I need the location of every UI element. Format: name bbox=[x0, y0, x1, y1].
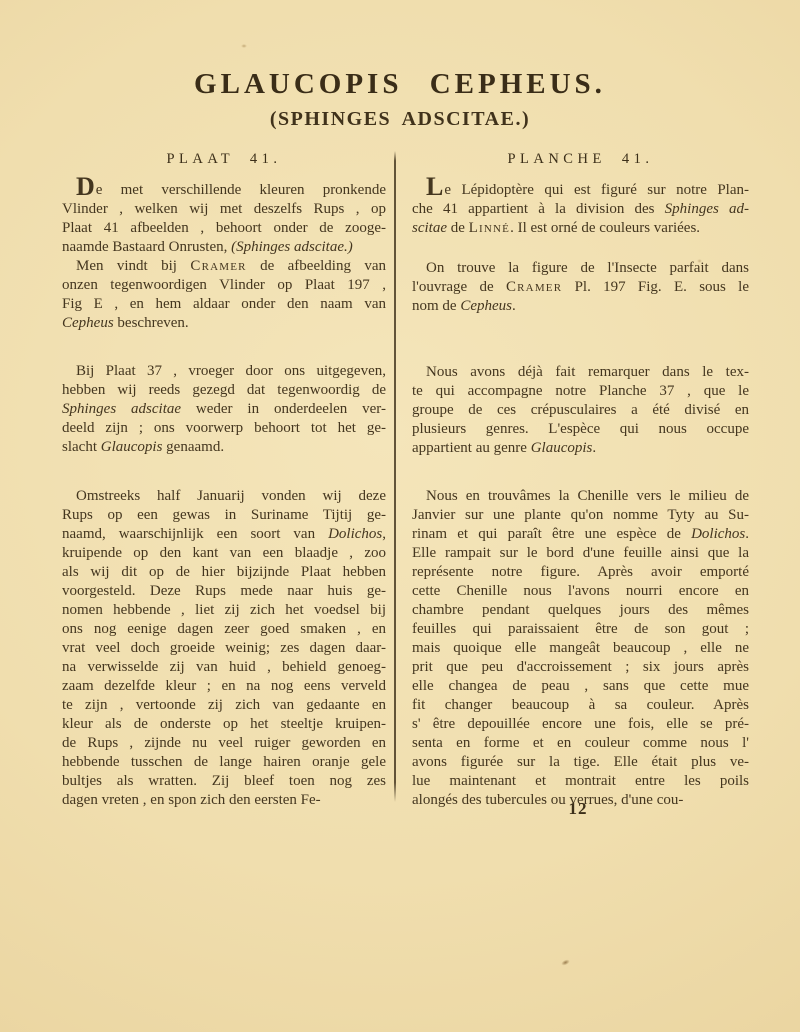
text-line: hebben wij reeds gezegd dat tegenwoordig… bbox=[62, 381, 386, 400]
text-line: voorgesteld. Deze Rups mede naar huis ge… bbox=[62, 582, 386, 601]
text-segment: Bij Plaat 37 , vroeger door ons uitgegev… bbox=[76, 363, 386, 379]
text-line: On trouve la figure de l'Insecte parfait… bbox=[412, 259, 749, 278]
text-line: nomen hebbende , liet zij zich het voeds… bbox=[62, 601, 386, 620]
paragraph: Omstreeks half Januarij vonden wij dezeR… bbox=[62, 487, 386, 810]
text-segment: Cepheus bbox=[460, 298, 512, 314]
text-line: als wij dit op de hier bijzijnde Plaat h… bbox=[62, 563, 386, 582]
text-segment: avons figurée sur la tige. Elle était pl… bbox=[412, 754, 749, 770]
text-segment: Elle rampait sur le bord d'une feuille a… bbox=[412, 545, 749, 561]
text-line: elle changea de peau , sans que cette mu… bbox=[412, 677, 749, 696]
page-subtitle: (SPHINGES ADSCITAE.) bbox=[0, 108, 800, 131]
text-segment: weder in onderdeelen ver- bbox=[181, 401, 386, 417]
text-segment: On trouve la figure de l'Insecte parfait… bbox=[426, 260, 749, 276]
text-segment: slacht bbox=[62, 439, 101, 455]
text-segment: onzen tegenwoordigen Vlinder op Plaat 19… bbox=[62, 277, 386, 293]
text-line: onzen tegenwoordigen Vlinder op Plaat 19… bbox=[62, 276, 386, 295]
right-column-header: PLANCHE 41. bbox=[412, 150, 749, 168]
text-line: dagen vreten , en spon zich den eersten … bbox=[62, 791, 386, 810]
right-column-french: PLANCHE 41. Le Lépidoptère qui est figur… bbox=[412, 150, 749, 810]
text-segment: de bbox=[447, 220, 469, 236]
text-segment: Nous avons déjà fait remarquer dans le t… bbox=[426, 364, 749, 380]
text-line: cette Chenille nous l'avons nourri encor… bbox=[412, 582, 749, 601]
column-divider-rule bbox=[394, 151, 396, 802]
left-column-header: PLAAT 41. bbox=[62, 150, 386, 168]
text-line: te zijn , vertoonde zij zich van gedaant… bbox=[62, 696, 386, 715]
text-segment: bultjes als wratten. Zij bleef toen nog … bbox=[62, 773, 386, 789]
text-segment: appartient au genre bbox=[412, 440, 531, 456]
text-segment: deeld zijn ; ons voorwerp behoort tot he… bbox=[62, 420, 386, 436]
text-segment: . Il est orné de couleurs variées. bbox=[510, 220, 700, 236]
text-line: rinam et qui paraît être une espèce de D… bbox=[412, 525, 749, 544]
text-segment: elle changea de peau , sans que cette mu… bbox=[412, 678, 749, 694]
text-segment: de Rups , zijnde nu veel ruiger geworden… bbox=[62, 735, 386, 751]
text-line: bultjes als wratten. Zij bleef toen nog … bbox=[62, 772, 386, 791]
text-segment: kleur als de onderste op het steeltje kr… bbox=[62, 716, 386, 732]
text-segment: e met verschillende kleuren pronkende bbox=[96, 182, 386, 198]
text-segment: . bbox=[745, 526, 749, 542]
text-segment: Janvier sur une plante qu'on nomme Tyty … bbox=[412, 507, 749, 523]
book-page: GLAUCOPIS CEPHEUS. (SPHINGES ADSCITAE.) … bbox=[0, 0, 800, 1032]
text-segment: Glaucopis bbox=[101, 439, 163, 455]
text-segment: Men vindt bij bbox=[76, 258, 190, 274]
text-line: deeld zijn ; ons voorwerp behoort tot he… bbox=[62, 419, 386, 438]
text-line: prit que peu d'accroissement ; six jours… bbox=[412, 658, 749, 677]
paragraph: Nous avons déjà fait remarquer dans le t… bbox=[412, 363, 749, 458]
text-segment: prit que peu d'accroissement ; six jours… bbox=[412, 659, 749, 675]
text-line: plusieurs genres. L'espèce qui nous occu… bbox=[412, 420, 749, 439]
paragraph: Le Lépidoptère qui est figuré sur notre … bbox=[412, 179, 749, 238]
text-line: slacht Glaucopis genaamd. bbox=[62, 438, 386, 457]
text-segment: naamde Bastaard Onrusten, bbox=[62, 239, 231, 255]
text-segment: Fig E , en hem aldaar onder den naam van bbox=[62, 296, 386, 312]
paper-speck bbox=[560, 958, 570, 966]
text-line: de Rups , zijnde nu veel ruiger geworden… bbox=[62, 734, 386, 753]
text-segment: vrat veel doch groeide weinig; zes dagen… bbox=[62, 640, 386, 656]
text-line: naamd, waarschijnlijk een soort van Doli… bbox=[62, 525, 386, 544]
text-segment: Cepheus bbox=[62, 315, 114, 331]
text-line: Sphinges adscitae weder in onderdeelen v… bbox=[62, 400, 386, 419]
text-segment: de afbeelding van bbox=[247, 258, 386, 274]
initial-capital: L bbox=[426, 172, 443, 201]
text-line: Nous en trouvâmes la Chenille vers le mi… bbox=[412, 487, 749, 506]
text-segment: Sphinges ad- bbox=[665, 201, 749, 217]
text-segment: als wij dit op de hier bijzijnde Plaat h… bbox=[62, 564, 386, 580]
text-segment: s' être depouillée encore une fois, elle… bbox=[412, 716, 749, 732]
text-segment: Sphinges adscitae bbox=[62, 401, 181, 417]
text-segment: . bbox=[592, 440, 596, 456]
text-line: vrat veel doch groeide weinig; zes dagen… bbox=[62, 639, 386, 658]
text-line: na verwisselde zij van huid , behield ge… bbox=[62, 658, 386, 677]
text-line: Vlinder , welken wij met deszelfs Rups ,… bbox=[62, 200, 386, 219]
text-line: Plaat 41 afbeelden , behoort onder de zo… bbox=[62, 219, 386, 238]
initial-capital: D bbox=[76, 172, 95, 201]
text-segment: na verwisselde zij van huid , behield ge… bbox=[62, 659, 386, 675]
text-line: te qui accompagne notre Planche 37 , que… bbox=[412, 382, 749, 401]
paragraph: De met verschillende kleuren pronkendeVl… bbox=[62, 179, 386, 257]
text-line: senta en forme et en couleur comme nous … bbox=[412, 734, 749, 753]
text-line: l'ouvrage de Cramer Pl. 197 Fig. E. sous… bbox=[412, 278, 749, 297]
text-line: mais quoique elle mangeât beaucoup , ell… bbox=[412, 639, 749, 658]
text-line: kleur als de onderste op het steeltje kr… bbox=[62, 715, 386, 734]
text-line: kruipende op den kant van een blaadje , … bbox=[62, 544, 386, 563]
text-segment: te zijn , vertoonde zij zich van gedaant… bbox=[62, 697, 386, 713]
text-segment: hebbende tusschen de lange hairen oranje… bbox=[62, 754, 386, 770]
text-segment: mais quoique elle mangeât beaucoup , ell… bbox=[412, 640, 749, 656]
text-segment: rinam et qui paraît être une espèce de bbox=[412, 526, 691, 542]
text-segment: cette Chenille nous l'avons nourri encor… bbox=[412, 583, 749, 599]
text-line: che 41 appartient à la division des Sphi… bbox=[412, 200, 749, 219]
text-segment: genaamd. bbox=[162, 439, 224, 455]
text-line: Nous avons déjà fait remarquer dans le t… bbox=[412, 363, 749, 382]
text-segment: nom de bbox=[412, 298, 460, 314]
text-line: hebbende tusschen de lange hairen oranje… bbox=[62, 753, 386, 772]
text-segment: Cramer bbox=[190, 258, 246, 274]
text-line: avons figurée sur la tige. Elle était pl… bbox=[412, 753, 749, 772]
text-segment: te qui accompagne notre Planche 37 , que… bbox=[412, 383, 749, 399]
text-line: fit changer beaucoup à sa couleur. Après bbox=[412, 696, 749, 715]
text-line: représente notre figure. Après avoir emp… bbox=[412, 563, 749, 582]
page-title: GLAUCOPIS CEPHEUS. bbox=[0, 68, 800, 101]
text-segment: groupe de ces crépusculaires a été divis… bbox=[412, 402, 749, 418]
text-segment: Cramer bbox=[506, 279, 562, 295]
text-line: Cepheus beschreven. bbox=[62, 314, 386, 333]
text-segment: , bbox=[382, 526, 386, 542]
text-segment: fit changer beaucoup à sa couleur. Après bbox=[412, 697, 749, 713]
text-segment: chambre pendant quelques jours des mêmes bbox=[412, 602, 749, 618]
text-segment: dagen vreten , en spon zich den eersten … bbox=[62, 792, 321, 808]
text-segment: ons nog eenige dagen zeer goed smaken , … bbox=[62, 621, 386, 637]
text-segment: représente notre figure. Après avoir emp… bbox=[412, 564, 749, 580]
text-segment: e Lépidoptère qui est figuré sur notre P… bbox=[444, 182, 749, 198]
paragraph: On trouve la figure de l'Insecte parfait… bbox=[412, 259, 749, 316]
text-line: De met verschillende kleuren pronkende bbox=[62, 179, 386, 200]
text-line: Men vindt bij Cramer de afbeelding van bbox=[62, 257, 386, 276]
text-line: Rups op een gewas in Suriname Tijtij ge- bbox=[62, 506, 386, 525]
text-line: Fig E , en hem aldaar onder den naam van bbox=[62, 295, 386, 314]
left-column-dutch: PLAAT 41. De met verschillende kleuren p… bbox=[62, 150, 386, 810]
text-line: zaam dezelfde kleur ; en na nog eens ver… bbox=[62, 677, 386, 696]
text-line: appartient au genre Glaucopis. bbox=[412, 439, 749, 458]
text-segment: scitae bbox=[412, 220, 447, 236]
text-line: lue maintenant et montrait entre les poi… bbox=[412, 772, 749, 791]
text-segment: l'ouvrage de bbox=[412, 279, 506, 295]
text-segment: Pl. 197 Fig. E. sous le bbox=[562, 279, 749, 295]
text-segment: Dolichos bbox=[691, 526, 745, 542]
text-segment: Plaat 41 afbeelden , behoort onder de zo… bbox=[62, 220, 386, 236]
text-segment: Nous en trouvâmes la Chenille vers le mi… bbox=[426, 488, 749, 504]
text-segment: plusieurs genres. L'espèce qui nous occu… bbox=[412, 421, 749, 437]
text-segment: feuilles qui paraissaient être de son go… bbox=[412, 621, 749, 637]
text-segment: lue maintenant et montrait entre les poi… bbox=[412, 773, 749, 789]
text-segment: Dolichos bbox=[328, 526, 382, 542]
paragraph: Nous en trouvâmes la Chenille vers le mi… bbox=[412, 487, 749, 810]
text-segment: zaam dezelfde kleur ; en na nog eens ver… bbox=[62, 678, 386, 694]
text-segment: Glaucopis bbox=[531, 440, 593, 456]
text-line: naamde Bastaard Onrusten, (Sphinges adsc… bbox=[62, 238, 386, 257]
text-segment: naamd, waarschijnlijk een soort van bbox=[62, 526, 328, 542]
text-segment: kruipende op den kant van een blaadje , … bbox=[62, 545, 386, 561]
right-column-text: Le Lépidoptère qui est figuré sur notre … bbox=[412, 179, 749, 810]
text-line: Bij Plaat 37 , vroeger door ons uitgegev… bbox=[62, 362, 386, 381]
text-segment: Vlinder , welken wij met deszelfs Rups ,… bbox=[62, 201, 386, 217]
text-segment: Rups op een gewas in Suriname Tijtij ge- bbox=[62, 507, 386, 523]
paragraph: Bij Plaat 37 , vroeger door ons uitgegev… bbox=[62, 362, 386, 457]
text-line: ons nog eenige dagen zeer goed smaken , … bbox=[62, 620, 386, 639]
text-segment: beschreven. bbox=[114, 315, 189, 331]
text-line: Le Lépidoptère qui est figuré sur notre … bbox=[412, 179, 749, 200]
paper-speck bbox=[241, 44, 247, 48]
paragraph: Men vindt bij Cramer de afbeelding vanon… bbox=[62, 257, 386, 333]
text-segment: voorgesteld. Deze Rups mede naar huis ge… bbox=[62, 583, 386, 599]
text-line: chambre pendant quelques jours des mêmes bbox=[412, 601, 749, 620]
text-segment: . bbox=[512, 298, 516, 314]
text-segment: (Sphinges adscitae.) bbox=[231, 239, 353, 255]
text-line: Janvier sur une plante qu'on nomme Tyty … bbox=[412, 506, 749, 525]
text-line: groupe de ces crépusculaires a été divis… bbox=[412, 401, 749, 420]
text-segment: nomen hebbende , liet zij zich het voeds… bbox=[62, 602, 386, 618]
text-segment: Omstreeks half Januarij vonden wij deze bbox=[76, 488, 386, 504]
text-line: s' être depouillée encore une fois, elle… bbox=[412, 715, 749, 734]
text-segment: senta en forme et en couleur comme nous … bbox=[412, 735, 749, 751]
text-line: nom de Cepheus. bbox=[412, 297, 749, 316]
text-line: feuilles qui paraissaient être de son go… bbox=[412, 620, 749, 639]
text-segment: hebben wij reeds gezegd dat tegenwoordig… bbox=[62, 382, 386, 398]
text-line: scitae de Linné. Il est orné de couleurs… bbox=[412, 219, 749, 238]
text-segment: che 41 appartient à la division des bbox=[412, 201, 665, 217]
text-line: Omstreeks half Januarij vonden wij deze bbox=[62, 487, 386, 506]
page-number: 12 bbox=[538, 799, 618, 819]
text-segment: Linné bbox=[469, 220, 510, 236]
left-column-text: De met verschillende kleuren pronkendeVl… bbox=[62, 179, 386, 810]
text-line: Elle rampait sur le bord d'une feuille a… bbox=[412, 544, 749, 563]
